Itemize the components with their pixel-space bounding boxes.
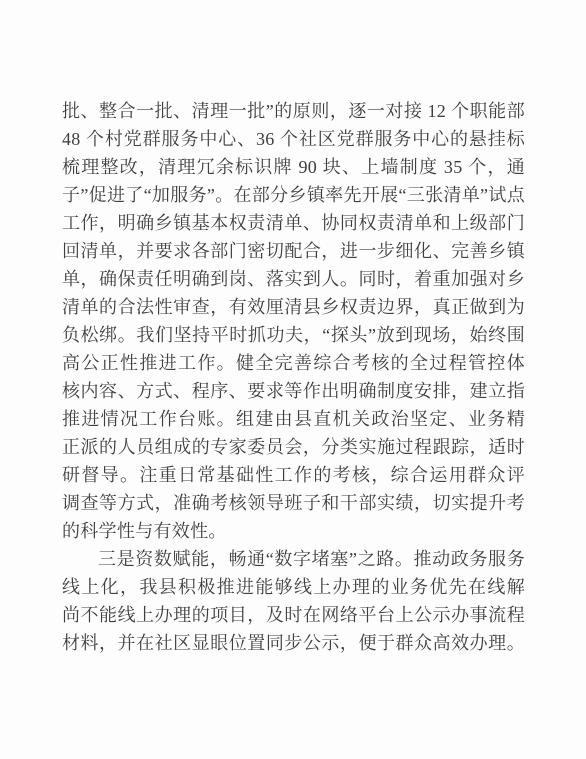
text-line: 线上化，我县积极推进能够线上办理的业务优先在线解决，对于	[62, 573, 525, 601]
text-line: 清单的合法性审查，有效厘清县乡权责边界，真正做到为基层减	[62, 293, 525, 321]
text-line: 核内容、方式、程序、要求等作出明确制度安排，建立指标落实	[62, 377, 525, 405]
text-line: 批、整合一批、清理一批”的原则，逐一对接 12 个职能部门，对	[62, 97, 525, 125]
text-line: 材料，并在社区显眼位置同步公示，便于群众高效办理。我们强	[62, 629, 525, 657]
text-line: 子”促进了“加服务”。在部分乡镇率先开展“三张清单”试点	[62, 181, 525, 209]
text-line: 负松绑。我们坚持平时抓功夫，“探头”放到现场，始终围绕提	[62, 321, 525, 349]
text-line: 单，确保责任明确到岗、落实到人。同时，着重加强对乡镇权责	[62, 265, 525, 293]
text-line: 的科学性与有效性。	[62, 517, 525, 545]
body-text: 批、整合一批、清理一批”的原则，逐一对接 12 个职能部门，对 48 个村党群服…	[62, 97, 525, 657]
text-line: 高公正性推进工作。健全完善综合考核的全过程管控体系，对考	[62, 349, 525, 377]
text-line: 调查等方式，准确考核领导班子和干部实绩，切实提升考核工作	[62, 489, 525, 517]
text-line: 推进情况工作台账。组建由县直机关政治坚定、业务精通、公道	[62, 405, 525, 433]
text-line: 回清单，并要求各部门密切配合，进一步细化、完善乡镇权责清	[62, 237, 525, 265]
text-line: 工作，明确乡镇基本权责清单、协同权责清单和上级部门权责收	[62, 209, 525, 237]
text-line: 正派的人员组成的专家委员会，分类实施过程跟踪，适时开展调	[62, 433, 525, 461]
text-line: 研督导。注重日常基础性工作的考核，综合运用群众评议、民意	[62, 461, 525, 489]
text-line-paragraph-start: 三是资数赋能，畅通“数字堵塞”之路。推动政务服务全面	[62, 545, 525, 573]
text-line: 尚不能线上办理的项目，及时在网络平台上公示办事流程和所需	[62, 601, 525, 629]
text-line: 梳理整改，清理冗余标识牌 90 块、上墙制度 35 个，通过“减牌	[62, 153, 525, 181]
document-page: 批、整合一批、清理一批”的原则，逐一对接 12 个职能部门，对 48 个村党群服…	[0, 0, 586, 759]
text-line: 48 个村党群服务中心、36 个社区党群服务中心的悬挂标识牌进行	[62, 125, 525, 153]
